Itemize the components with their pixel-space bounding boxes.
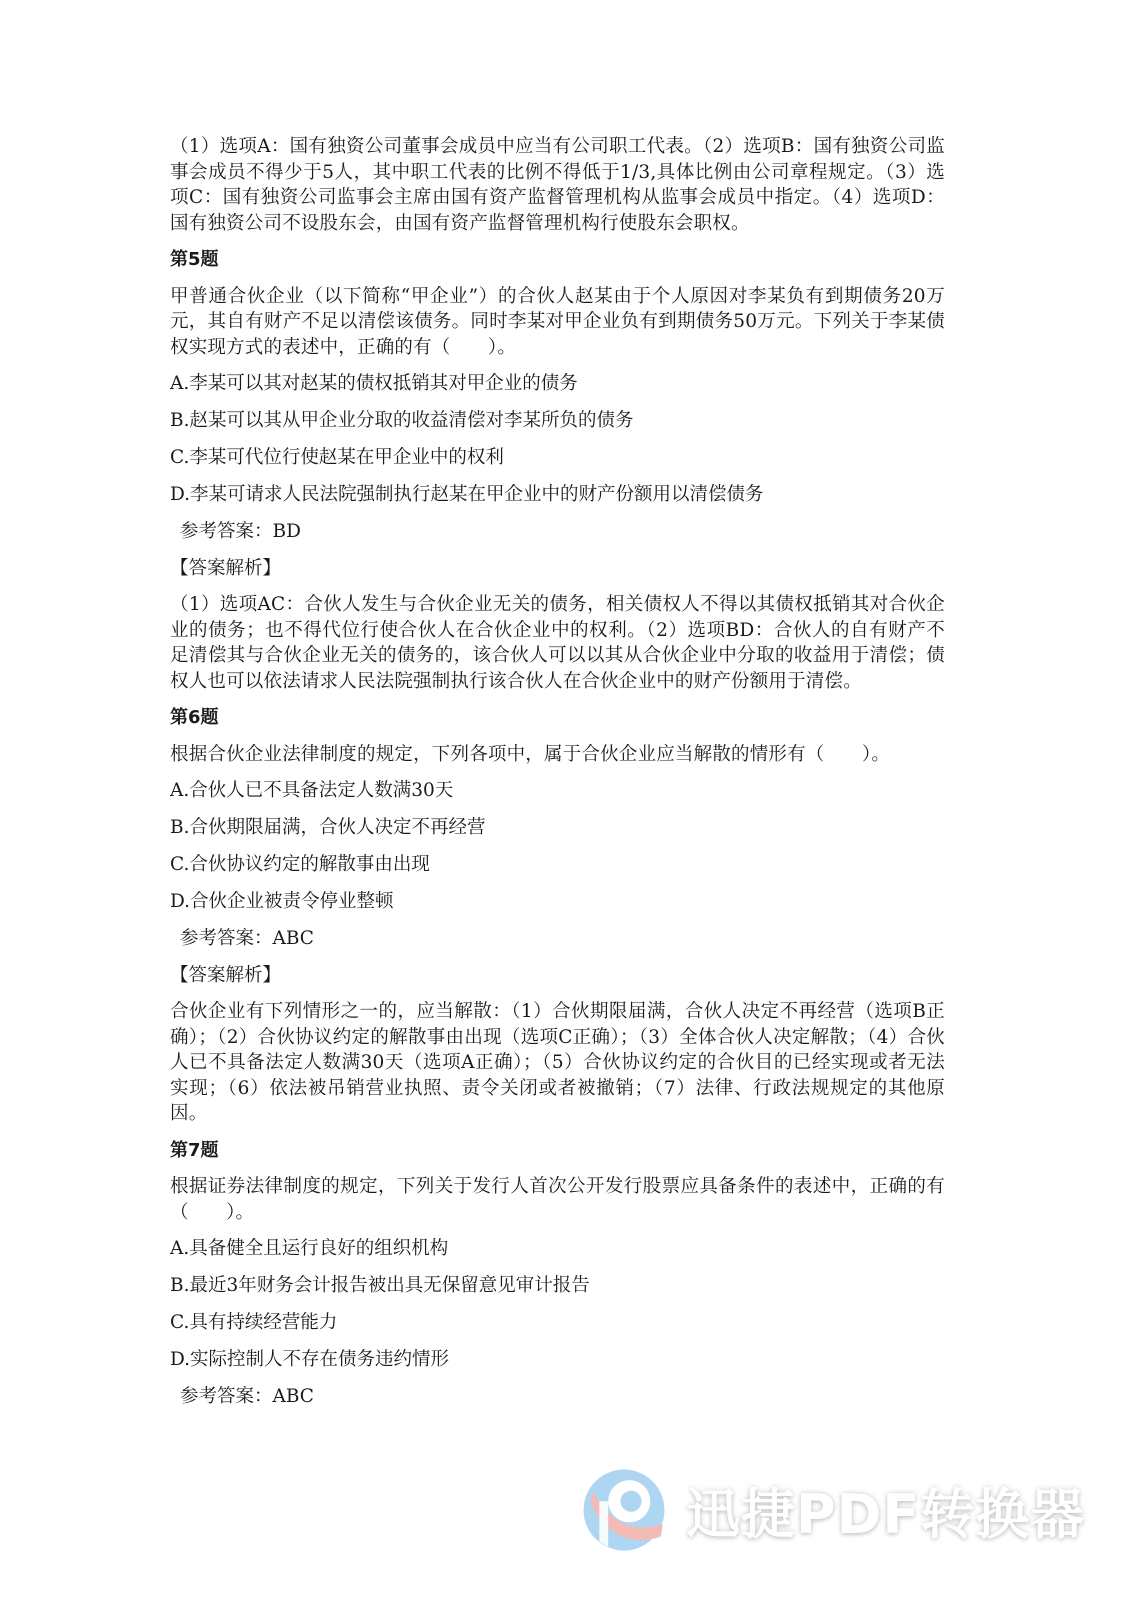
watermark-text: 迅捷PDF转换器 [686, 1472, 1085, 1549]
question-6-option-d: D.合伙企业被责令停业整顿 [170, 889, 945, 915]
question-5-analysis-label: 【答案解析】 [170, 556, 945, 582]
question-7-title: 第7题 [170, 1138, 945, 1164]
question-6-answer: 参考答案：ABC [170, 926, 945, 952]
question-5-stem: 甲普通合伙企业（以下简称“甲企业”）的合伙人赵某由于个人原因对李某负有到期债务2… [170, 284, 945, 361]
question-7-option-c: C.具有持续经营能力 [170, 1310, 945, 1336]
watermark: 迅捷PDF转换器 [580, 1450, 1100, 1570]
question-7-option-a: A.具备健全且运行良好的组织机构 [170, 1236, 945, 1262]
question-7-option-d: D.实际控制人不存在债务违约情形 [170, 1347, 945, 1373]
question-6: 第6题 根据合伙企业法律制度的规定，下列各项中，属于合伙企业应当解散的情形有（ … [170, 705, 945, 1127]
xunjie-pdf-logo-icon [580, 1466, 668, 1554]
question-5-analysis: （1）选项AC：合伙人发生与合伙企业无关的债务，相关债权人不得以其债权抵销其对合… [170, 592, 945, 694]
question-7: 第7题 根据证券法律制度的规定，下列关于发行人首次公开发行股票应具备条件的表述中… [170, 1138, 945, 1410]
question-7-option-b: B.最近3年财务会计报告被出具无保留意见审计报告 [170, 1273, 945, 1299]
intro-analysis-paragraph: （1）选项A：国有独资公司董事会成员中应当有公司职工代表。（2）选项B：国有独资… [170, 134, 945, 236]
question-5: 第5题 甲普通合伙企业（以下简称“甲企业”）的合伙人赵某由于个人原因对李某负有到… [170, 247, 945, 694]
question-5-option-a: A.李某可以其对赵某的债权抵销其对甲企业的债务 [170, 371, 945, 397]
question-5-answer: 参考答案：BD [170, 519, 945, 545]
question-6-option-c: C.合伙协议约定的解散事由出现 [170, 852, 945, 878]
question-5-title: 第5题 [170, 247, 945, 273]
question-5-option-c: C.李某可代位行使赵某在甲企业中的权利 [170, 445, 945, 471]
question-6-stem: 根据合伙企业法律制度的规定，下列各项中，属于合伙企业应当解散的情形有（ ）。 [170, 742, 945, 768]
question-6-option-a: A.合伙人已不具备法定人数满30天 [170, 778, 945, 804]
question-6-option-b: B.合伙期限届满，合伙人决定不再经营 [170, 815, 945, 841]
question-6-title: 第6题 [170, 705, 945, 731]
question-7-stem: 根据证券法律制度的规定，下列关于发行人首次公开发行股票应具备条件的表述中，正确的… [170, 1174, 945, 1225]
question-6-analysis-label: 【答案解析】 [170, 963, 945, 989]
question-7-answer: 参考答案：ABC [170, 1384, 945, 1410]
document-page: （1）选项A：国有独资公司董事会成员中应当有公司职工代表。（2）选项B：国有独资… [170, 134, 945, 1421]
question-5-option-d: D.李某可请求人民法院强制执行赵某在甲企业中的财产份额用以清偿债务 [170, 482, 945, 508]
question-6-analysis: 合伙企业有下列情形之一的，应当解散：（1）合伙期限届满，合伙人决定不再经营（选项… [170, 999, 945, 1127]
question-5-option-b: B.赵某可以其从甲企业分取的收益清偿对李某所负的债务 [170, 408, 945, 434]
